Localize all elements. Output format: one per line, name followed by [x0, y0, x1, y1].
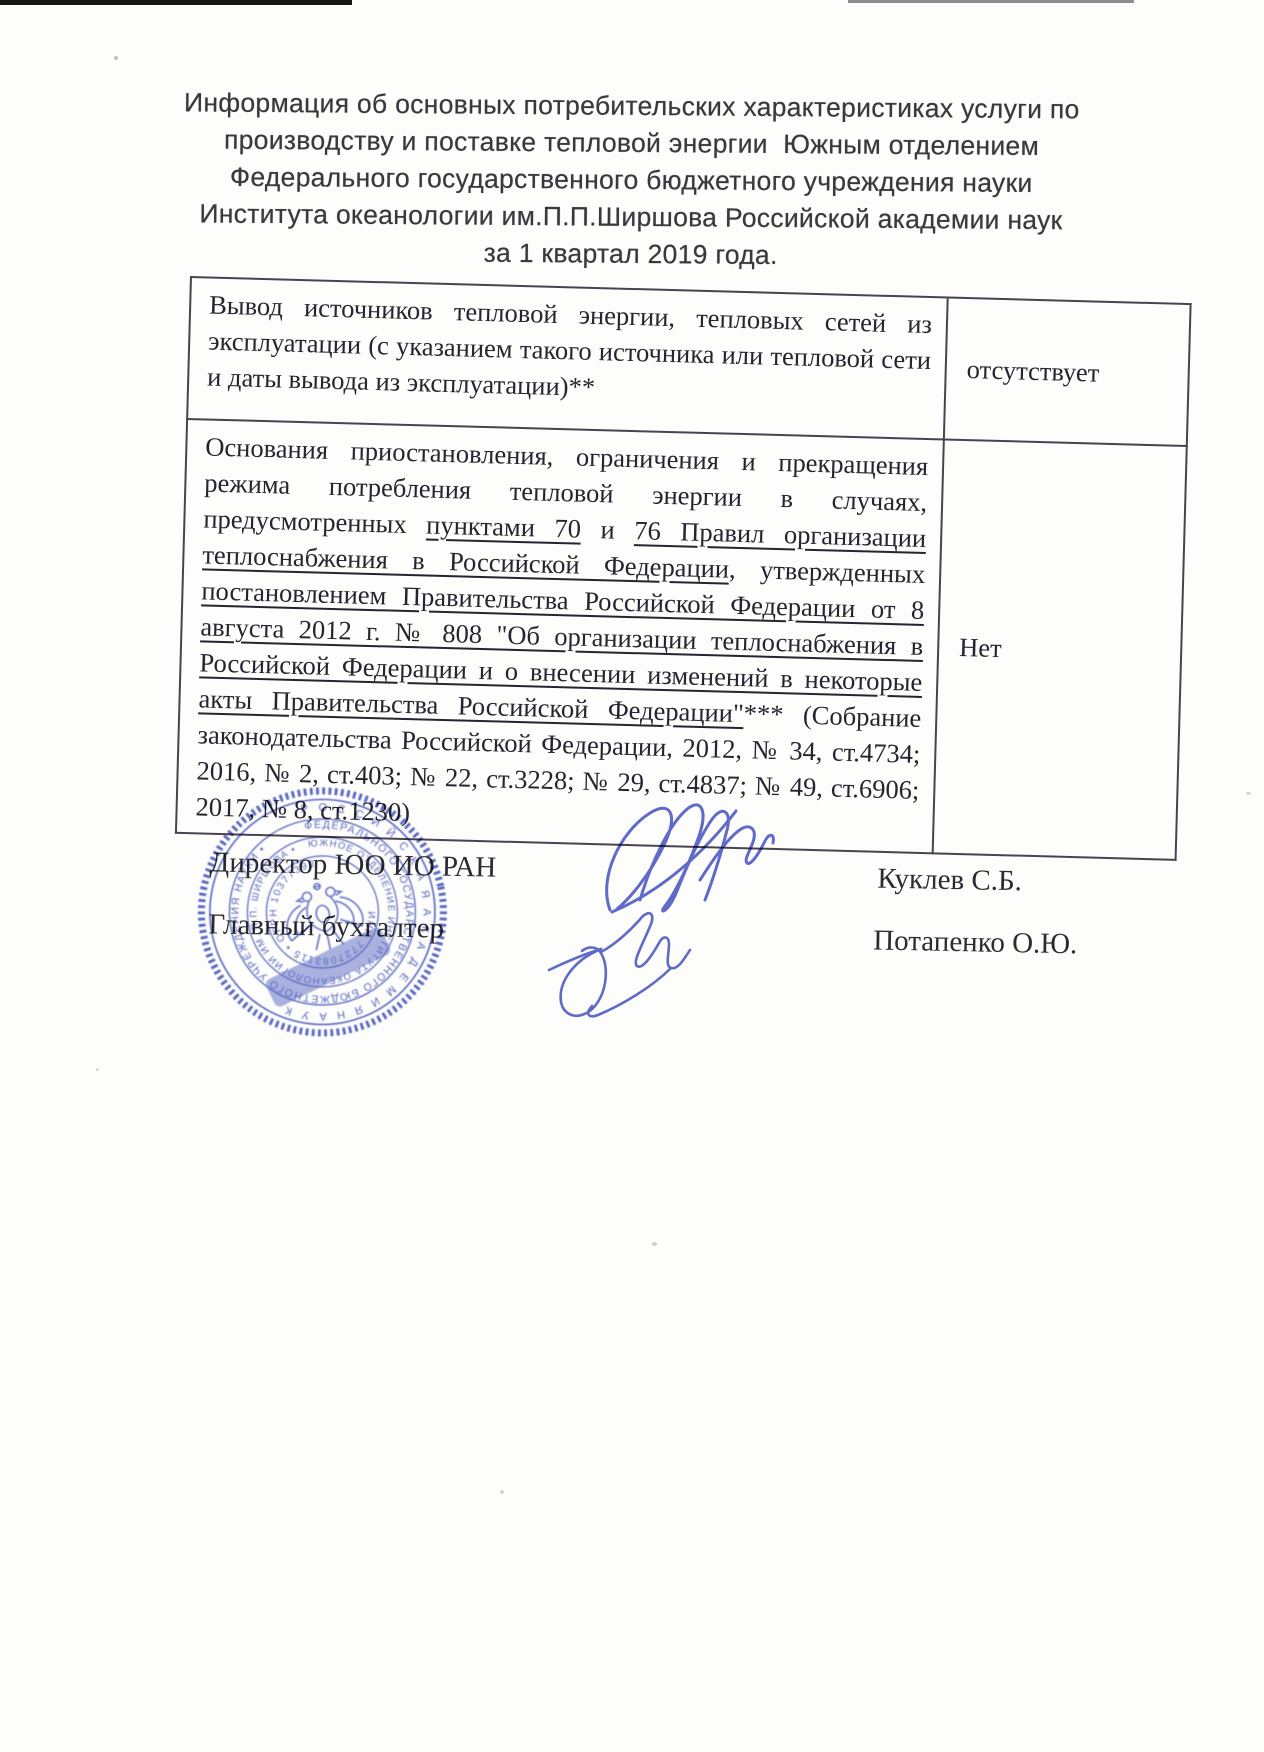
signature-block: Директор ЮО ИО РАН Куклев С.Б. Главный б…: [187, 840, 1110, 1007]
signatory-name: Куклев С.Б.: [877, 863, 1022, 899]
table-row: Вывод источников тепловой энергии, тепло…: [187, 277, 1190, 446]
scan-artifact: [114, 56, 118, 60]
row-value-cell: отсутствует: [944, 298, 1191, 447]
scan-artifact: [848, 0, 1134, 3]
title-line: за 1 квартал 2019 года.: [141, 232, 1121, 277]
service-characteristics-table: Вывод источников тепловой энергии, тепло…: [175, 276, 1192, 861]
scan-artifact: [652, 1242, 657, 1246]
row-label-segment: , утвержденных: [729, 554, 926, 589]
row-label: Вывод источников тепловой энергии, тепло…: [207, 290, 932, 402]
signatory-role: Директор ЮО ИО РАН: [209, 846, 496, 884]
document-title: Информация об основных потребительских х…: [141, 84, 1122, 277]
row-value-cell: Нет: [933, 439, 1187, 859]
row-value: Нет: [959, 632, 1002, 663]
row-value: отсутствует: [966, 354, 1099, 388]
row-label-cell: Основания приостановления, ограничения и…: [176, 419, 944, 853]
signatory-role: Главный бухгалтер: [208, 908, 444, 945]
scan-artifact: [1246, 792, 1251, 795]
scan-artifact: [0, 0, 352, 5]
title-line: Института океанологии им.П.П.Ширшова Рос…: [141, 195, 1121, 240]
scan-artifact: [96, 1068, 99, 1071]
scanned-document-page: Информация об основных потребительских х…: [0, 0, 1264, 1752]
scan-artifact: [500, 1490, 504, 1494]
signatory-name: Потапенко О.Ю.: [873, 925, 1078, 962]
row-label-cell: Вывод источников тепловой энергии, тепло…: [187, 277, 948, 439]
row-label-segment: и: [581, 514, 635, 545]
table-row: Основания приостановления, ограничения и…: [176, 419, 1187, 860]
row-label-segment-underlined: пунктами 70: [426, 509, 582, 543]
